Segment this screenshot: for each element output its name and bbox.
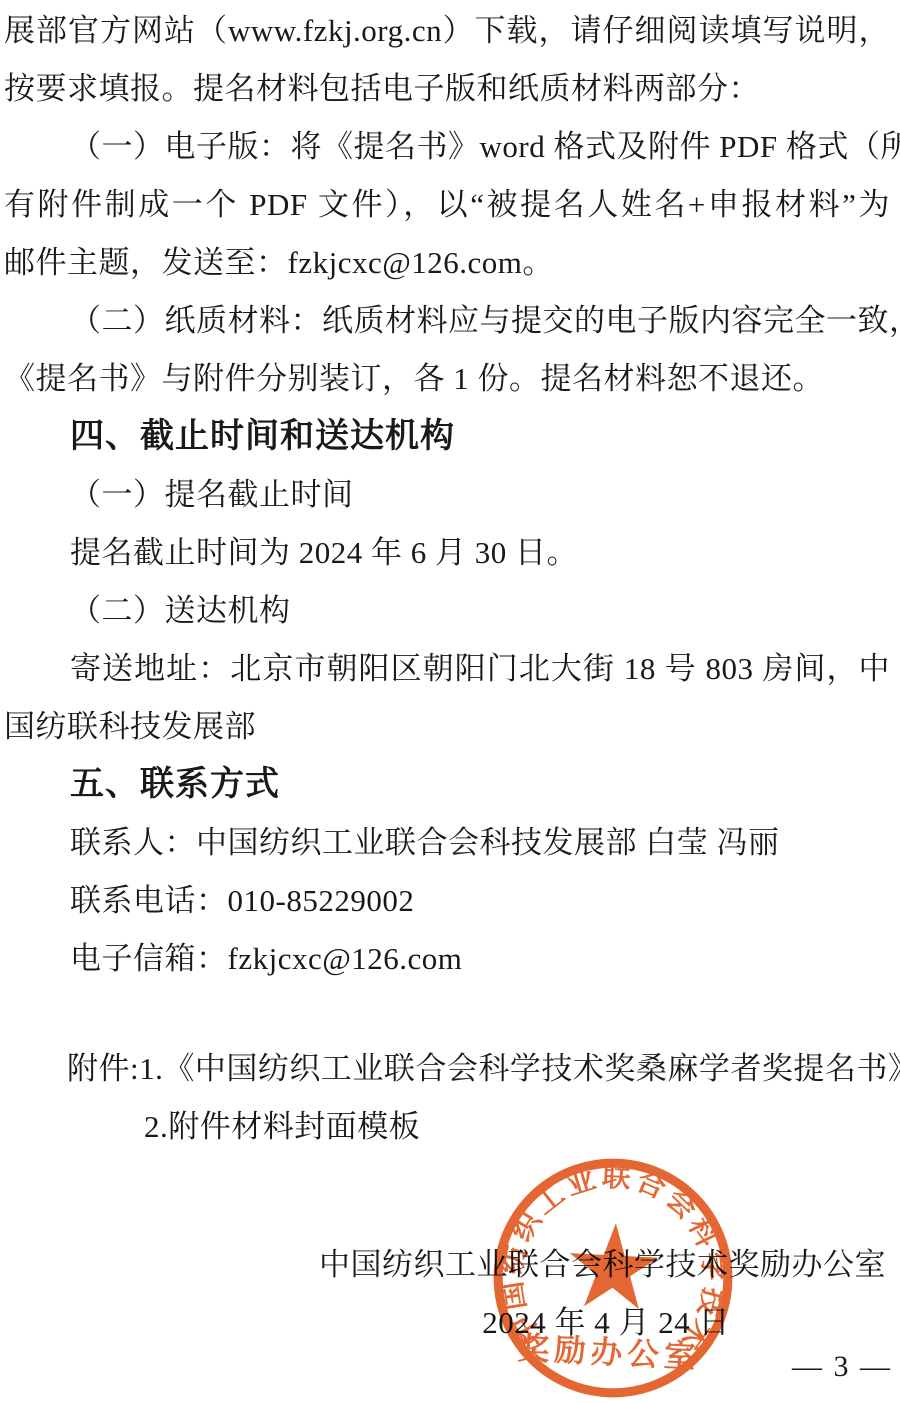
page-number: — 3 — bbox=[792, 1350, 892, 1384]
signature-date: 2024 年 4 月 24 日 bbox=[4, 1294, 890, 1352]
doc-subheading: （一）提名截止时间 bbox=[4, 466, 890, 524]
document-body: 展部官方网站（www.fzkj.org.cn）下载，请仔细阅读填写说明， 按要求… bbox=[0, 0, 900, 1352]
document-page: 展部官方网站（www.fzkj.org.cn）下载，请仔细阅读填写说明， 按要求… bbox=[0, 0, 900, 1403]
section-heading-contact: 五、联系方式 bbox=[4, 756, 890, 814]
official-seal: 中国纺织工业联合会科学技术 奖励办公室 bbox=[481, 1146, 746, 1403]
signature-office: 中国纺织工业联合会科学技术奖励办公室 bbox=[4, 1236, 890, 1294]
doc-subheading: （二）送达机构 bbox=[4, 582, 890, 640]
doc-line-contact-person: 联系人：中国纺织工业联合会科技发展部 白莹 冯丽 bbox=[4, 814, 890, 872]
doc-line: 有附件制成一个 PDF 文件），以“被提名人姓名+申报材料”为 bbox=[4, 176, 890, 234]
attachment-item-1: 附件:1.《中国纺织工业联合会科学技术奖桑麻学者奖提名书》 bbox=[4, 1040, 890, 1098]
doc-line: （二）纸质材料：纸质材料应与提交的电子版内容完全一致， bbox=[4, 292, 890, 350]
doc-line: 展部官方网站（www.fzkj.org.cn）下载，请仔细阅读填写说明， bbox=[4, 2, 890, 60]
doc-line: 《提名书》与附件分别装订，各 1 份。提名材料恕不退还。 bbox=[4, 350, 890, 408]
doc-line: 按要求填报。提名材料包括电子版和纸质材料两部分： bbox=[4, 60, 890, 118]
attachment-item-2: 2.附件材料封面模板 bbox=[4, 1098, 890, 1156]
doc-line: （一）电子版：将《提名书》word 格式及附件 PDF 格式（所 bbox=[4, 118, 890, 176]
section-heading-deadline: 四、截止时间和送达机构 bbox=[4, 408, 890, 466]
doc-line: 国纺联科技发展部 bbox=[4, 698, 890, 756]
doc-line-phone: 联系电话：010-85229002 bbox=[4, 872, 890, 930]
doc-line-email2: 电子信箱：fzkjcxc@126.com bbox=[4, 930, 890, 988]
seal-star-icon bbox=[567, 1221, 660, 1310]
doc-line-deadline-date: 提名截止时间为 2024 年 6 月 30 日。 bbox=[4, 524, 890, 582]
doc-line-address: 寄送地址：北京市朝阳区朝阳门北大街 18 号 803 房间，中 bbox=[4, 640, 890, 698]
doc-line-email: 邮件主题，发送至：fzkjcxc@126.com。 bbox=[4, 234, 890, 292]
